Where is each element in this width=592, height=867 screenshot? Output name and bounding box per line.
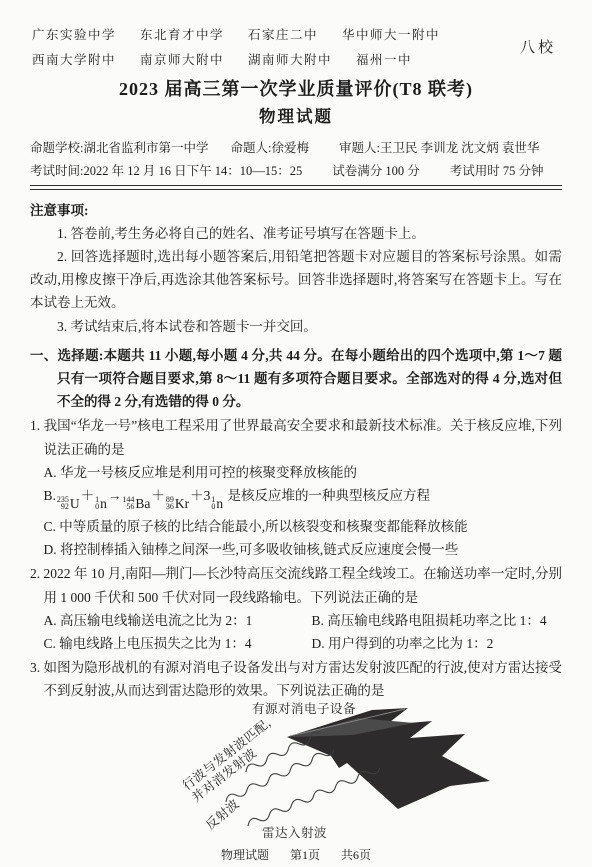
nuclear-equation: B.23592U＋10n→14456Ba＋8936Kr＋310n 是核反应堆的一… [44, 488, 431, 503]
notice-section: 注意事项: 1. 答卷前,考生务必将自己的姓名、准考证号填写在答题卡上。 2. … [30, 199, 562, 338]
meta-setter-school: 命题学校:湖北省监利市第一中学 [30, 137, 208, 160]
q2-options-grid: A. 高压输电线输送电流之比为 2：1 B. 高压输电线路电阻损耗功率之比 1：… [30, 609, 562, 655]
q2-option-b: B. 高压输电线路电阻损耗功率之比 1：4 [312, 609, 563, 632]
question-3: 3. 如图为隐形战机的有源对消电子设备发出与对方雷达发射波匹配的行波,使对方雷达… [30, 656, 562, 702]
school-name: 石家庄二中 [248, 23, 318, 48]
exam-subtitle: 物理试题 [30, 105, 562, 129]
header: 广东实验中学 东北育才中学 石家庄二中 华中师大一附中 西南大学附中 南京师大附… [30, 23, 562, 73]
notice-item: 2. 回答选择题时,选出每小题答案后,用铅笔把答题卡对应题目的答案标号涂黑。如需… [30, 245, 562, 315]
meta-full-score: 试卷满分 100 分 [332, 160, 420, 183]
q3-figure: 有源对消电子设备 行波与发射波匹配, 并对消发射波 反射波 雷达入射波 [150, 706, 560, 844]
question-2: 2. 2022 年 10 月,南阳—荆门—长沙特高压交流线路工程全线竣工。在输送… [30, 562, 562, 655]
q1-option-c: C. 中等质量的原子核的比结合能最小,所以核裂变和核聚变都能释放核能 [30, 515, 562, 538]
footer-page-total: 共6页 [341, 848, 371, 862]
school-name: 福州一中 [356, 48, 412, 73]
notice-item: 1. 答卷前,考生务必将自己的姓名、准考证号填写在答题卡上。 [30, 222, 562, 245]
footer-page-number: 第1页 [290, 848, 320, 862]
figure-label-device: 有源对消电子设备 [252, 702, 356, 717]
exam-title: 2023 届高三第一次学业质量评价(T8 联考) [30, 77, 562, 102]
notice-item: 3. 考试结束后,将本试卷和答题卡一并交回。 [30, 315, 562, 338]
q1-stem: 1. 我国“华龙一号”核电工程采用了世界最高安全要求和最新技术标准。关于核反应堆… [30, 414, 562, 460]
meta-line1: 命题学校:湖北省监利市第一中学 命题人:徐爱梅 审题人:王卫民 李训龙 沈文炳 … [30, 137, 562, 160]
meta-duration: 考试用时 75 分钟 [450, 160, 544, 183]
q2-option-c: C. 输电线路上电压损失之比为 1：4 [44, 632, 312, 655]
section-heading: 一、选择题:本题共 11 小题,每小题 4 分,共 44 分。在每小题给出的四个… [30, 344, 562, 414]
q2-option-d: D. 用户得到的功率之比为 1：2 [312, 632, 563, 655]
school-list-row2: 西南大学附中 南京师大附中 湖南师大附中 福州一中 [30, 48, 562, 73]
school-name: 广东实验中学 [32, 23, 116, 48]
figure-label-incident-wave: 雷达入射波 [262, 826, 327, 841]
school-name: 东北育才中学 [140, 23, 224, 48]
q1-option-d: D. 将控制棒插入铀棒之间深一些,可多吸收铀核,链式反应速度会慢一些 [30, 538, 562, 561]
exam-meta: 命题学校:湖北省监利市第一中学 命题人:徐爱梅 审题人:王卫民 李训龙 沈文炳 … [30, 137, 562, 183]
school-list-row1: 广东实验中学 东北育才中学 石家庄二中 华中师大一附中 [30, 23, 562, 48]
notice-heading: 注意事项: [30, 199, 562, 222]
school-name: 南京师大附中 [140, 48, 224, 73]
meta-reviewers: 审题人:王卫民 李训龙 沈文炳 袁世华 [339, 137, 539, 160]
meta-line2: 考试时间:2022 年 12 月 16 日下午 14：10—15：25 试卷满分… [30, 160, 562, 183]
q2-stem: 2. 2022 年 10 月,南阳—荆门—长沙特高压交流线路工程全线竣工。在输送… [30, 562, 562, 608]
footer: 物理试题 第1页 共6页 [30, 846, 562, 864]
footer-doc-title: 物理试题 [221, 848, 269, 862]
meta-exam-time: 考试时间:2022 年 12 月 16 日下午 14：10—15：25 [30, 160, 302, 183]
question-1: 1. 我国“华龙一号”核电工程采用了世界最高安全要求和最新技术标准。关于核反应堆… [30, 414, 562, 561]
divider-rule [30, 185, 562, 190]
meta-setter: 命题人:徐爱梅 [230, 137, 308, 160]
q1-option-a: A. 华龙一号核反应堆是利用可控的核聚变释放核能的 [30, 461, 562, 484]
q2-option-a: A. 高压输电线输送电流之比为 2：1 [44, 609, 312, 632]
eight-schools-badge: 八校 [520, 36, 556, 57]
q3-stem: 3. 如图为隐形战机的有源对消电子设备发出与对方雷达发射波匹配的行波,使对方雷达… [30, 656, 562, 702]
school-name: 湖南师大附中 [248, 48, 332, 73]
school-name: 华中师大一附中 [342, 23, 440, 48]
exam-paper-page: 广东实验中学 东北育才中学 石家庄二中 华中师大一附中 西南大学附中 南京师大附… [0, 0, 592, 867]
school-name: 西南大学附中 [32, 48, 116, 73]
q1-option-b: B.23592U＋10n→14456Ba＋8936Kr＋310n 是核反应堆的一… [30, 484, 562, 515]
